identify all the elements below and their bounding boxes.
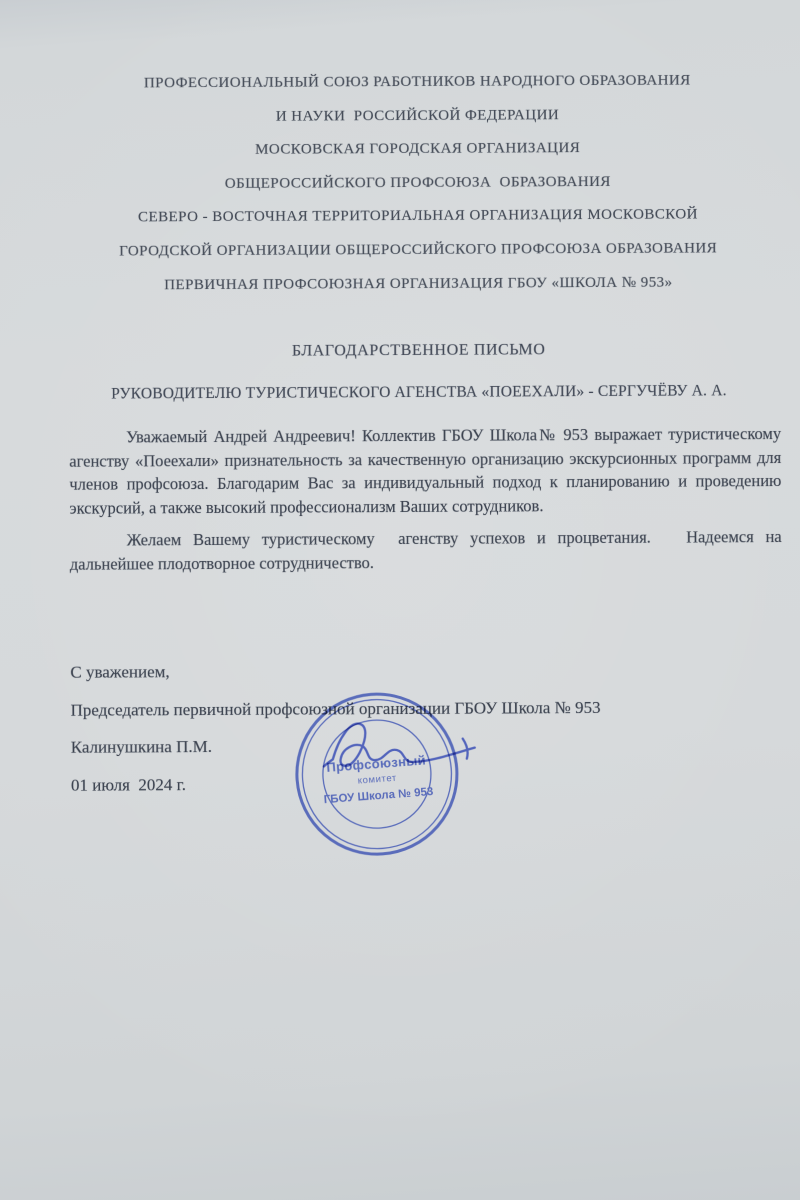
letter-addressee: РУКОВОДИТЕЛЮ ТУРИСТИЧЕСКОГО АГЕНСТВА «ПО… [41,382,797,404]
letterhead-line-4: ОБЩЕРОССИЙСКОГО ПРОФСОЮЗА ОБРАЗОВАНИЯ [40,165,796,203]
body-paragraph-1: Уважаемый Андрей Андреевич! Коллектив ГБ… [69,422,781,520]
scanned-letter-page: ПРОФЕССИОНАЛЬНЫЙ СОЮЗ РАБОТНИКОВ НАРОДНО… [0,0,800,1200]
stamp-center-line-3: ГБОУ Школа № 953 [323,786,433,806]
letterhead: ПРОФЕССИОНАЛЬНЫЙ СОЮЗ РАБОТНИКОВ НАРОДНО… [39,64,796,303]
letterhead-line-6: ГОРОДСКОЙ ОРГАНИЗАЦИИ ОБЩЕРОССИЙСКОГО ПР… [40,232,796,270]
letterhead-line-7: ПЕРВИЧНАЯ ПРОФСОЮЗНАЯ ОРГАНИЗАЦИЯ ГБОУ «… [40,265,796,303]
letterhead-line-2: И НАУКИ РОССИЙСКОЙ ФЕДЕРАЦИИ [39,98,795,136]
handwritten-signature [314,708,494,781]
letterhead-line-1: ПРОФЕССИОНАЛЬНЫЙ СОЮЗ РАБОТНИКОВ НАРОДНО… [39,64,795,102]
body-paragraph-2: Желаем Вашему туристическому агенству ус… [70,525,782,576]
letter-title: БЛАГОДАРСТВЕННОЕ ПИСЬМО [41,340,797,362]
letter-content: ПРОФЕССИОНАЛЬНЫЙ СОЮЗ РАБОТНИКОВ НАРОДНО… [0,0,800,1200]
letterhead-line-3: МОСКОВСКАЯ ГОРОДСКАЯ ОРГАНИЗАЦИЯ [40,131,796,169]
letterhead-line-5: СЕВЕРО - ВОСТОЧНАЯ ТЕРРИТОРИАЛЬНАЯ ОРГАН… [40,198,796,236]
letter-body: Уважаемый Андрей Андреевич! Коллектив ГБ… [69,422,782,576]
signature-stroke [324,723,475,766]
